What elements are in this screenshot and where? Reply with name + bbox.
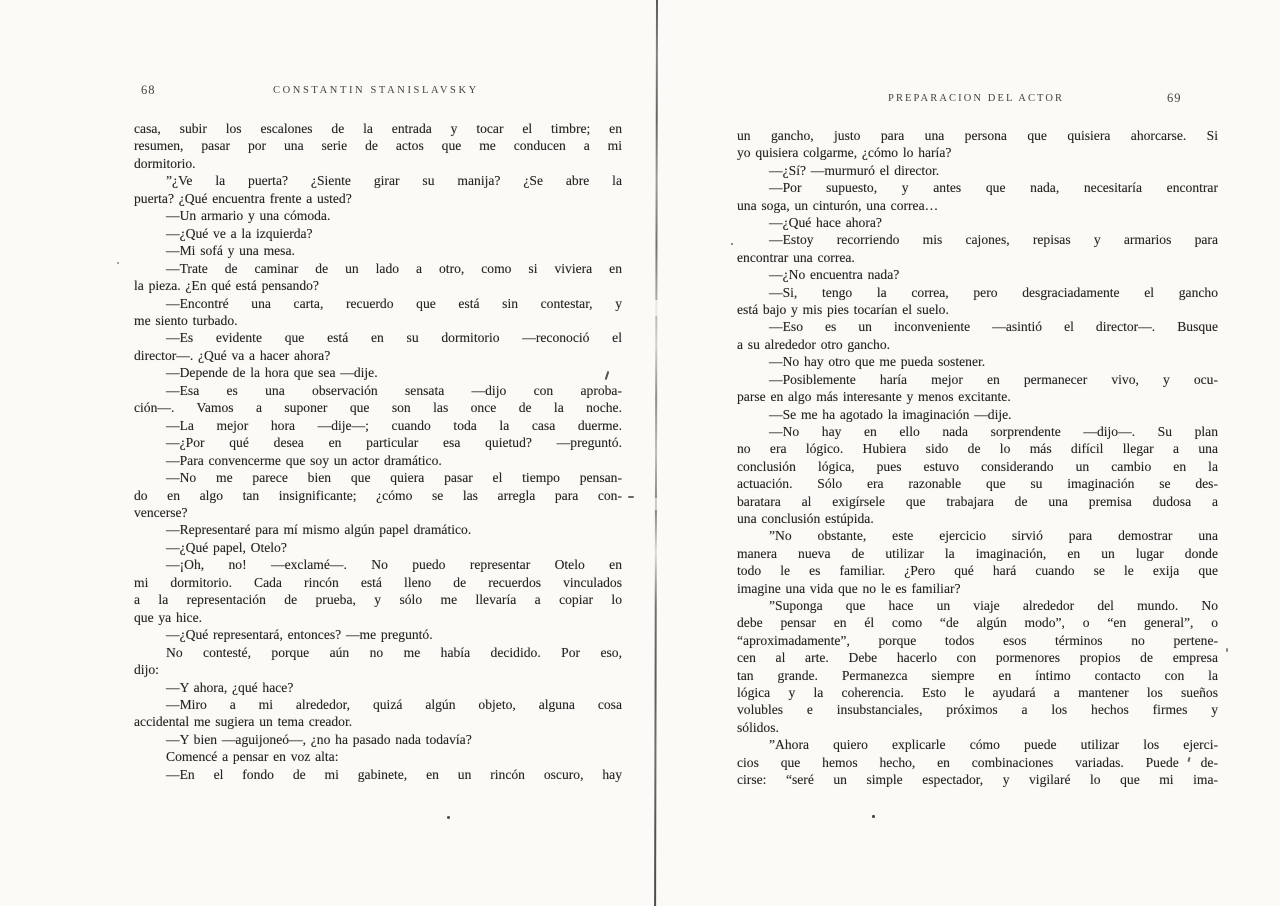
text-line: —Posiblemente haría mejor en permanecer …	[737, 371, 1218, 388]
text-line: baratara al exigírsele que trabajara de …	[737, 493, 1218, 510]
text-line: —¿Por qué desea en particular esa quietu…	[134, 434, 622, 451]
text-line: está bajo y mis pies tocarían el suelo.	[737, 301, 1218, 318]
scan-artifact	[654, 300, 660, 316]
text-line: resumen, pasar por una serie de actos qu…	[134, 137, 622, 154]
text-line: —¿No encuentra nada?	[737, 266, 1218, 283]
text-line: ción—. Vamos a suponer que son las once …	[134, 399, 622, 416]
text-line: —¿Sí? —murmuró el director.	[737, 162, 1218, 179]
text-line: No contesté, porque aún no me había deci…	[134, 644, 622, 661]
text-line: do en algo tan insignificante; ¿cómo se …	[134, 487, 622, 504]
text-line: —No me parece bien que quiera pasar el t…	[134, 469, 622, 486]
text-line: que ya hice.	[134, 609, 622, 626]
text-line: cirse: “seré un simple espectador, y vig…	[737, 771, 1218, 788]
text-line: —Encontré una carta, recuerdo que está s…	[134, 295, 622, 312]
page-text-right: un gancho, justo para una persona que qu…	[737, 127, 1218, 788]
text-line: —Depende de la hora que sea —dije.	[134, 364, 622, 381]
book-scan-spread: 68 CONSTANTIN STANISLAVSKY casa, subir l…	[0, 0, 1280, 906]
text-line: todo le es familiar. ¿Pero qué hará cuan…	[737, 562, 1218, 579]
text-line: dormitorio.	[134, 155, 622, 172]
text-line: cios que hemos hecho, en combinaciones v…	[737, 754, 1218, 771]
text-line: —Eso es un inconveniente —asintió el dir…	[737, 318, 1218, 335]
text-line: —¿Qué hace ahora?	[737, 214, 1218, 231]
text-line: volubles e insubstanciales, próximos a l…	[737, 701, 1218, 718]
scan-speck	[628, 496, 634, 498]
text-line: —Estoy recorriendo mis cajones, repisas …	[737, 231, 1218, 248]
text-line: yo quisiera colgarme, ¿cómo lo haría?	[737, 144, 1218, 161]
text-line: —Representaré para mí mismo algún papel …	[134, 521, 622, 538]
text-line: sólidos.	[737, 719, 1218, 736]
text-line: actuación. Sólo era razonable que su ima…	[737, 475, 1218, 492]
text-line: —Y ahora, ¿qué hace?	[134, 679, 622, 696]
text-line: ”Ahora quiero explicarle cómo puede util…	[737, 736, 1218, 753]
text-line: —La mejor hora —dije—; cuando toda la ca…	[134, 417, 622, 434]
text-line: una conclusión estúpida.	[737, 510, 1218, 527]
text-line: —¿Qué papel, Otelo?	[134, 539, 622, 556]
text-line: parse en algo más interesante y menos ex…	[737, 388, 1218, 405]
text-line: —Un armario y una cómoda.	[134, 207, 622, 224]
text-line: me siento turbado.	[134, 312, 622, 329]
text-line: —En el fondo de mi gabinete, en un rincó…	[134, 766, 622, 783]
text-line: una soga, un cinturón, una correa…	[737, 197, 1218, 214]
text-line: vencerse?	[134, 504, 622, 521]
text-line: —Si, tengo la correa, pero desgraciadame…	[737, 284, 1218, 301]
text-line: no era lógico. Hubiera sido de lo más di…	[737, 440, 1218, 457]
text-line: —¿Qué ve a la izquierda?	[134, 225, 622, 242]
scan-speck	[447, 816, 450, 819]
running-header-left: CONSTANTIN STANISLAVSKY	[273, 85, 479, 96]
text-line: —Es evidente que está en su dormitorio —…	[134, 329, 622, 346]
text-line: “aproximadamente”, porque todos esos tér…	[737, 632, 1218, 649]
text-line: ”¿Ve la puerta? ¿Siente girar su manija?…	[134, 172, 622, 189]
text-line: tan grande. Permanezca siempre en íntimo…	[737, 667, 1218, 684]
text-line: director—. ¿Qué va a hacer ahora?	[134, 347, 622, 364]
text-line: —Y bien —aguijoneó—, ¿no ha pasado nada …	[134, 731, 622, 748]
page-number-right: 69	[1167, 91, 1182, 106]
text-line: mi dormitorio. Cada rincón está lleno de…	[134, 574, 622, 591]
text-line: a su alrededor otro gancho.	[737, 336, 1218, 353]
text-line: —Para convencerme que soy un actor dramá…	[134, 452, 622, 469]
scan-speck	[1226, 648, 1228, 652]
text-line: —Por supuesto, y antes que nada, necesit…	[737, 179, 1218, 196]
text-line: —¡Oh, no! —exclamé—. No puedo representa…	[134, 556, 622, 573]
text-line: —Trate de caminar de un lado a otro, com…	[134, 260, 622, 277]
text-line: ”Suponga que hace un viaje alrededor del…	[737, 597, 1218, 614]
text-line: —¿Qué representará, entonces? —me pregun…	[134, 626, 622, 643]
text-line: imagine una vida que no le es familiar?	[737, 580, 1218, 597]
scan-speck	[872, 815, 875, 818]
text-line: casa, subir los escalones de la entrada …	[134, 120, 622, 137]
text-line: puerta? ¿Qué encuentra frente a usted?	[134, 190, 622, 207]
text-line: a la representación de prueba, y sólo me…	[134, 591, 622, 608]
running-header-right: PREPARACION DEL ACTOR	[888, 93, 1064, 104]
text-line: —No hay en ello nada sorprendente —dijo—…	[737, 423, 1218, 440]
scan-speck	[731, 243, 733, 245]
text-line: debe pensar en él como “de algún modo”, …	[737, 614, 1218, 631]
text-line: la pieza. ¿En qué está pensando?	[134, 277, 622, 294]
text-line: manera nueva de utilizar la imaginación,…	[737, 545, 1218, 562]
text-line: —Miro a mi alrededor, quizá algún objeto…	[134, 696, 622, 713]
text-line: cen al arte. Debe hacerlo con pormenores…	[737, 649, 1218, 666]
scan-artifact	[654, 498, 660, 510]
text-line: dijo:	[134, 661, 622, 678]
text-line: un gancho, justo para una persona que qu…	[737, 127, 1218, 144]
text-line: —No hay otro que me pueda sostener.	[737, 353, 1218, 370]
text-line: —Mi sofá y una mesa.	[134, 242, 622, 259]
page-number-left: 68	[141, 83, 156, 98]
text-line: encontrar una correa.	[737, 249, 1218, 266]
text-line: —Esa es una observación sensata —dijo co…	[134, 382, 622, 399]
text-line: accidental me sugiera un tema creador.	[134, 713, 622, 730]
text-line: conclusión lógica, pues estuvo considera…	[737, 458, 1218, 475]
page-text-left: casa, subir los escalones de la entrada …	[134, 120, 622, 783]
text-line: Comencé a pensar en voz alta:	[134, 748, 622, 765]
book-gutter-shadow	[654, 0, 658, 906]
scan-speck	[117, 262, 119, 264]
text-line: ”No obstante, este ejercicio sirvió para…	[737, 527, 1218, 544]
text-line: lógica y la coherencia. Esto le ayudará …	[737, 684, 1218, 701]
text-line: —Se me ha agotado la imaginación —dije.	[737, 406, 1218, 423]
